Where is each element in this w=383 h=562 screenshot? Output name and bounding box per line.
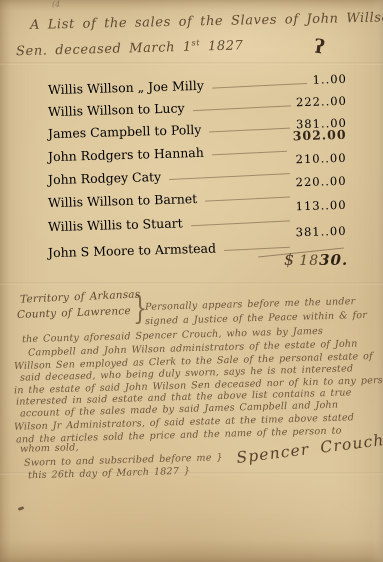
sale-buyer: Willis Willson to Lucy (48, 100, 185, 119)
jurisdiction-territory: Territory of Arkansas (20, 288, 141, 305)
total-light-digits: 18 (299, 253, 319, 269)
ink-speck (18, 506, 25, 511)
affidavit-line: whom sold, (20, 442, 79, 455)
manuscript-page: (4 A List of the sales of the Slaves of … (0, 0, 383, 562)
total-amount: $ 1830. (284, 250, 348, 269)
document-title-line2: Sen. deceased March 1st 1827 (16, 37, 244, 59)
leader-line (212, 83, 307, 89)
sale-buyer: John Rodgers to Hannah (48, 145, 204, 164)
sale-buyer: James Campbell to Polly (48, 122, 202, 141)
affidavit-line: signed a Justice of the Peace within & f… (145, 310, 367, 327)
ink-blot-mark: ʔ (313, 35, 326, 58)
title-year: 1827 (208, 38, 244, 54)
leader-line (193, 105, 290, 111)
sale-buyer: John S Moore to Armstead (48, 240, 216, 260)
leader-line (169, 173, 290, 180)
sale-buyer: Willis Willson to Barnet (48, 191, 198, 210)
paper-crease (0, 62, 383, 65)
jurisdiction-county: County of Lawrence (17, 305, 131, 321)
sale-amount: 302.00 (293, 127, 347, 143)
sale-amount: 381..00 (295, 224, 346, 239)
sale-amount: 1..00 (312, 72, 347, 87)
sale-amount: 222..00 (296, 94, 347, 109)
leader-line (191, 220, 290, 226)
sale-buyer: John Rodgey Caty (48, 169, 161, 187)
sale-amount: 220..00 (295, 174, 346, 189)
sale-row: Willis Willson to Lucy 222..00 (48, 96, 347, 119)
sworn-statement-line1: Sworn to and subscribed before me } (24, 452, 223, 469)
sworn-statement-line2: this 26th day of March 1827 } (28, 466, 190, 482)
sale-row: Willis Willson „ Joe Milly 1..00 (48, 74, 347, 97)
sale-buyer: Willis Willson „ Joe Milly (48, 78, 204, 97)
total-dark-digits: 30. (319, 251, 348, 269)
pencil-note: (4 (52, 0, 60, 9)
document-title-line1: A List of the sales of the Slaves of Joh… (30, 10, 383, 33)
leader-line (209, 128, 290, 133)
dollar-sign-icon: $ (284, 250, 294, 269)
title-ordinal: st (191, 38, 200, 47)
leader-line (212, 151, 287, 156)
sale-buyer: Willis Willis to Stuart (48, 215, 183, 234)
sale-amount: 210..00 (295, 151, 346, 166)
paper-crease (0, 282, 383, 285)
sale-amount: 113..00 (295, 198, 346, 213)
leader-line (205, 197, 290, 202)
title-line2-text: Sen. deceased March 1 (16, 40, 192, 60)
leader-line (224, 247, 290, 251)
